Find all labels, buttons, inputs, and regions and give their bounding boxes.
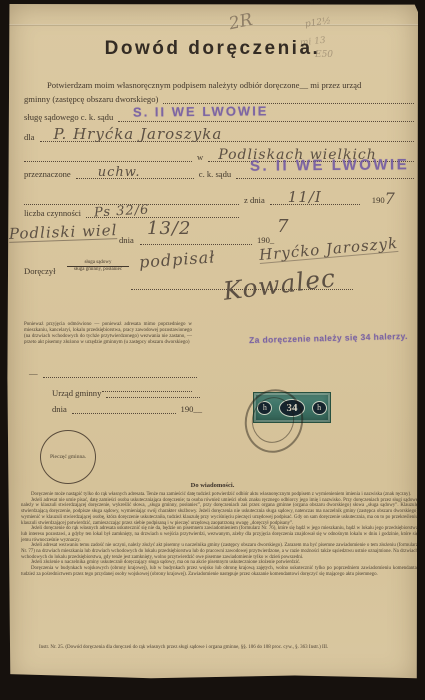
info-heading: Do wiadomości. [7, 482, 418, 489]
place-line-handwriting: Podliski wiel [9, 223, 118, 243]
refusal-notice-block: Ponieważ przyjęcia odmówiono — ponieważ … [24, 322, 192, 346]
podpisal-handwriting: podpisał [139, 249, 216, 270]
blank-line [72, 402, 176, 414]
addressee-name-handwriting: P. Hryćka Jaroszyka [54, 127, 223, 142]
doreczyl-option-sluga-gminny: sługa gminny, posłaniec [67, 266, 129, 273]
revenue-stamp-right-value: h [312, 401, 327, 415]
blank-line [43, 366, 197, 378]
seal-text: Pieczęć gminna. [50, 454, 86, 461]
addressee-signature: Hryćko Jaroszyk [259, 236, 399, 264]
info-paragraph: Doręczenie może nastąpić tylko do rąk wł… [21, 492, 418, 498]
blank-line: Ps 32/6 [86, 206, 239, 218]
photo-background: 2R p12½ mi 13 E50 Dowód doręczenia. Potw… [0, 0, 425, 700]
year-handwriting: 7 [385, 191, 396, 207]
blank-line: uchw. [76, 167, 194, 179]
doreczyl-label: Doręczył [24, 266, 56, 276]
intro-line: Potwierdzam moim własnoręcznym podpisem … [35, 80, 413, 90]
ck-sadu-label: c. k. sądu [199, 169, 231, 179]
court-stamp: S. II WE LWOWIE [133, 103, 269, 119]
urzad-gminny-label: Urząd gminny [52, 388, 101, 398]
page-title: Dowód doręczenia. [7, 38, 418, 60]
blank-line [163, 92, 414, 104]
case-number-handwriting: Ps 32/6 [94, 204, 150, 220]
sluga-label: sługę sądowego c. k. sądu [24, 112, 113, 122]
przeznaczone-handwriting: uchw. [98, 166, 141, 179]
info-paragraph: Doręczenia w budynkach wojskowych (obron… [21, 566, 418, 577]
info-paragraph: Jeżeli adresat nie umie pisać, datę zami… [21, 498, 418, 527]
year-prefix3: 190__ [181, 404, 202, 414]
dnia-label: dnia [119, 235, 134, 245]
year-handwriting2: 7 [277, 218, 289, 236]
pencil-mark: 2R [227, 10, 254, 34]
dash-mark: — [29, 368, 38, 378]
form-footer-reference: Instr. Nr. 25. (Dowód doręczenia dla dor… [21, 645, 418, 651]
document-paper: 2R p12½ mi 13 E50 Dowód doręczenia. Potw… [7, 4, 418, 685]
liczba-label: liczba czynności [24, 208, 81, 218]
date-handwriting: 11/I [288, 190, 322, 205]
year-prefix2: 190_ [257, 235, 274, 245]
info-paragraph: Jeżeli adresat wezwaniu temu zadość nie … [21, 543, 418, 560]
dnia2-label: dnia [52, 404, 67, 414]
municipal-seal-circle: Pieczęć gminna. [40, 430, 96, 484]
day-month-handwriting: 13/2 [147, 220, 191, 238]
blank-line [106, 386, 200, 398]
fee-stamp: Za doręczenie należy się 34 halerzy. [249, 331, 408, 345]
blank-line: P. Hryćka Jaroszyka [40, 130, 415, 142]
gminny-label: gminny (zastępcę obszaru dworskiego) [24, 94, 158, 104]
court-stamp: S. II WE LWOWIE [250, 156, 409, 174]
przeznaczone-label: przeznaczone [24, 169, 71, 179]
fold-crease [7, 24, 418, 26]
w-label: w [197, 152, 203, 162]
dla-label: dla [24, 132, 35, 142]
pencil-note: p12½ [304, 16, 331, 30]
info-paragraph: Jeżeli doręczenie do rąk własnych adresa… [21, 526, 418, 543]
deliverer-signature: Kowalec [222, 265, 337, 304]
blank-line: 11/I [270, 193, 360, 205]
year-prefix: 190 [372, 195, 385, 205]
blank-line [24, 150, 192, 162]
info-text-block: Doręczenie może nastąpić tylko do rąk wł… [21, 492, 418, 578]
z-dnia-label: z dnia [244, 195, 265, 205]
